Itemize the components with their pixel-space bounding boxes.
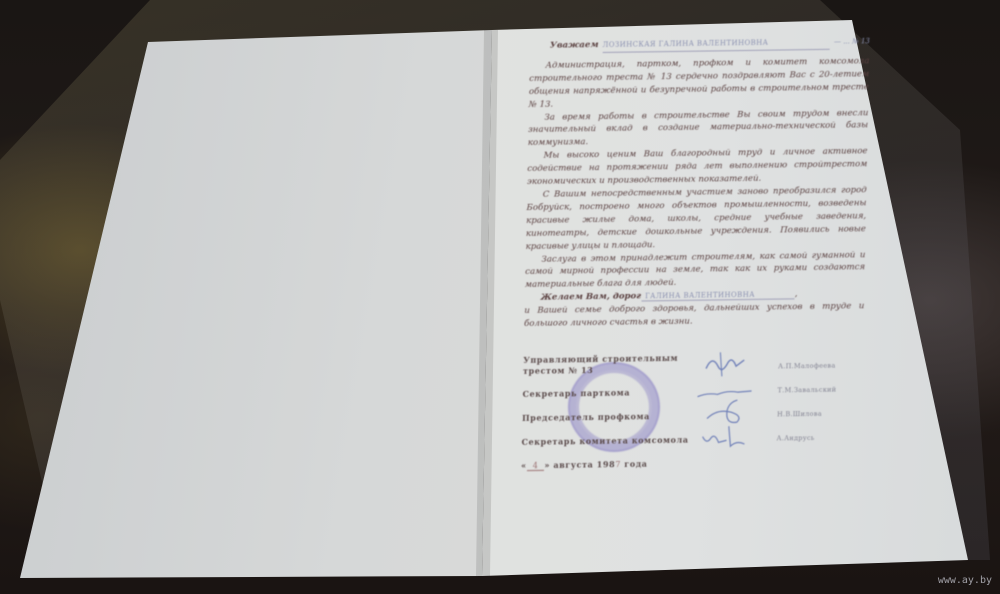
date-month-year: августа 198 bbox=[553, 459, 615, 470]
recipient-note: — ... № 13 bbox=[834, 35, 870, 49]
watermark: www.ay.by bbox=[938, 575, 992, 586]
signatory-row: Секретарь комитета комсомола А.Андрусь bbox=[521, 426, 861, 455]
signatory-name: А.Андрусь bbox=[776, 432, 814, 445]
signatory-row: Управляющий строительным трестом № 13 А.… bbox=[523, 348, 864, 383]
handwritten-signature bbox=[696, 422, 757, 451]
signatory-name: Т.М.Завальский bbox=[777, 384, 836, 398]
certificate-text: Уважаем ЛОЗИНСКАЯ ГАЛИНА ВАЛЕНТИНОВНА — … bbox=[521, 35, 870, 473]
paragraph-5: Заслуга в этом принадлежит строителям, к… bbox=[525, 249, 866, 292]
signatory-name: А.П.Малофеева bbox=[778, 360, 836, 374]
paragraph-1: Администрация, партком, профком и комите… bbox=[529, 55, 870, 111]
paragraph-4: С Вашим непосредственным участием заново… bbox=[526, 184, 867, 253]
signatures-block: Управляющий строительным трестом № 13 А.… bbox=[521, 348, 863, 455]
paragraph-3: Мы высоко ценим Ваш благородный труд и л… bbox=[527, 146, 868, 189]
signatory-role: Управляющий строительным трестом № 13 bbox=[523, 353, 693, 377]
date-year-digit: 7 bbox=[615, 460, 621, 469]
signatory-role: Секретарь комитета комсомола bbox=[521, 434, 688, 449]
date-open-quote: « bbox=[521, 460, 527, 470]
date-suffix: года bbox=[624, 458, 647, 468]
paragraph-2: За время работы в строительстве Вы своим… bbox=[528, 107, 869, 150]
address-label: Уважаем bbox=[550, 39, 599, 54]
wish-start: Желаем Вам, дорог bbox=[540, 292, 641, 303]
date-close-quote: » bbox=[544, 460, 550, 470]
date-day: 4 bbox=[527, 461, 545, 471]
signatory-name: Н.В.Шилова bbox=[777, 408, 822, 422]
wish-name: ГАЛИНА ВАЛЕНТИНОВНА bbox=[641, 291, 795, 302]
wish-end: и Вашей семье доброго здоровья, дальнейш… bbox=[524, 300, 865, 331]
signatory-role: Секретарь парткома bbox=[522, 387, 630, 401]
recipient-name: ЛОЗИНСКАЯ ГАЛИНА ВАЛЕНТИНОВНА bbox=[602, 36, 830, 53]
signatory-role: Председатель профкома bbox=[522, 410, 650, 425]
